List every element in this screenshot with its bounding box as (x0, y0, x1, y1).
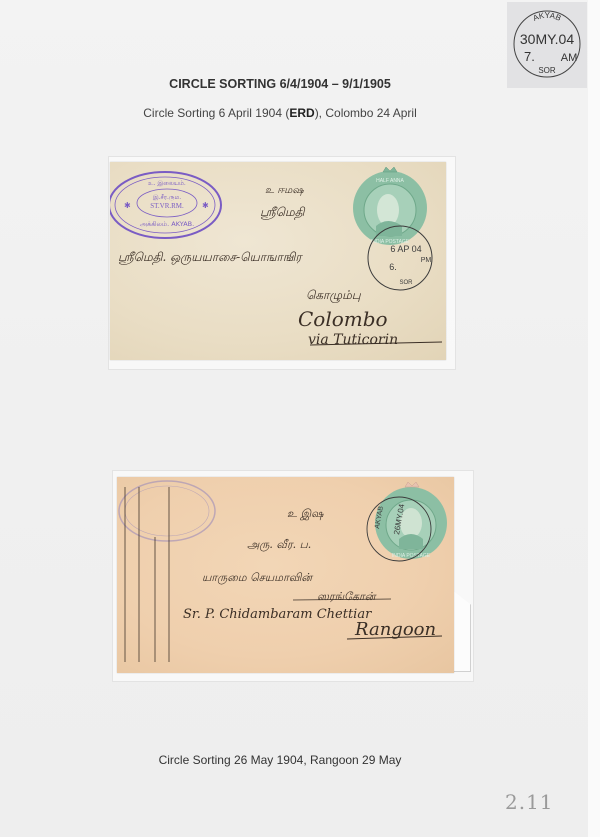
svg-text:6.: 6. (389, 262, 397, 272)
subtitle-prefix: Circle Sorting 6 April 1904 ( (143, 106, 289, 120)
postmark-enlargement: AKYAB 30MY.04 7. AM SOR (507, 2, 587, 88)
cover-2-description: Circle Sorting 26 May 1904, Rangoon 29 M… (0, 753, 560, 767)
svg-text:7.: 7. (524, 49, 535, 64)
address-line: Colombo (298, 307, 388, 331)
svg-text:✱: ✱ (124, 201, 131, 210)
svg-text:SOR: SOR (399, 280, 413, 286)
svg-text:30MY.04: 30MY.04 (520, 31, 574, 47)
faded-cachet-oval-icon (119, 481, 215, 541)
address-line: கொழும்பு (306, 288, 361, 304)
subtitle-suffix: ), Colombo 24 April (315, 106, 417, 120)
address-line: via Tuticorin (308, 332, 398, 348)
svg-text:உ. இலையம்.: உ. இலையம். (148, 180, 186, 187)
album-page (0, 0, 588, 837)
stamp-half-anna-icon (375, 482, 447, 559)
address-line: அரு. வீர. ப. (247, 538, 311, 553)
address-line: ஸ்ரீமெதி. ஒருயயாசை-யொஙாஙிர (118, 250, 302, 266)
address-line: ஸரங்கோன் (317, 590, 375, 605)
page-number: 2.11 (505, 790, 554, 814)
svg-text:SOR: SOR (538, 66, 556, 75)
address-line: உ இஷ (287, 507, 324, 522)
svg-text:✱: ✱ (202, 201, 209, 210)
svg-text:HALF ANNA: HALF ANNA (376, 178, 404, 184)
page-edge (588, 0, 600, 837)
subtitle-erd: ERD (289, 106, 314, 120)
address-line: உ ஈமஷ (265, 185, 304, 197)
vertical-script-icon (125, 487, 169, 662)
cover-1-description: Circle Sorting 6 April 1904 (ERD), Colom… (0, 106, 560, 120)
address-line: ஸ்ரீமெதி (260, 205, 304, 221)
postmark-circle-icon: AKYAB 30MY.04 7. AM SOR (507, 2, 587, 88)
address-line: Sr. P. Chidambaram Chettiar (183, 607, 371, 622)
cover-1-envelope: உ. இலையம். இ.சீர.ரும. ST.VR.RM. அக்கிலம்… (110, 162, 446, 360)
svg-text:PM: PM (421, 257, 432, 264)
svg-text:AKYAB: AKYAB (532, 11, 563, 23)
address-line: யாருமை செயமாவின் (202, 571, 312, 586)
cover-2-envelope: INDIA POSTAGE AKYAB 26MY.04 உ இஷ அரு. வீ… (117, 477, 454, 673)
address-line: Rangoon (355, 619, 436, 640)
svg-text:6 AP 04: 6 AP 04 (390, 244, 421, 254)
svg-text:ST.VR.RM.: ST.VR.RM. (150, 202, 184, 210)
svg-text:அக்கிலம். AKYAB.: அக்கிலம். AKYAB. (140, 220, 194, 228)
svg-text:AM: AM (561, 52, 578, 64)
page-title: CIRCLE SORTING 6/4/1904 – 9/1/1905 (0, 77, 560, 91)
svg-text:இ.சீர.ரும.: இ.சீர.ரும. (153, 194, 181, 201)
